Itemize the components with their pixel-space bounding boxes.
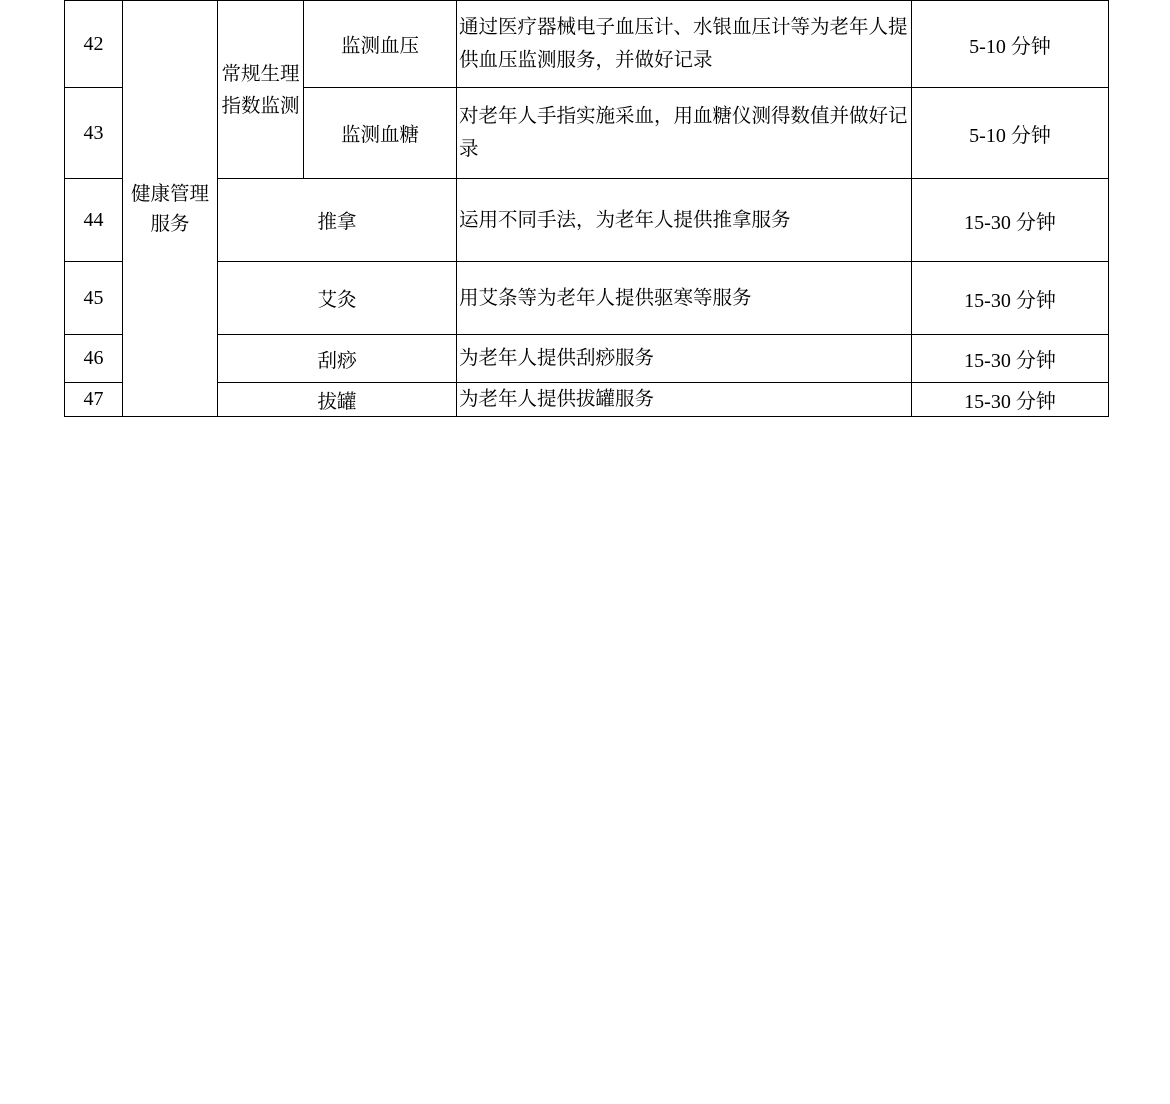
service-description: 用艾条等为老年人提供驱寒等服务 bbox=[457, 262, 912, 335]
service-name: 刮痧 bbox=[218, 335, 457, 383]
row-number: 47 bbox=[65, 383, 123, 417]
service-duration: 15-30 分钟 bbox=[912, 383, 1109, 417]
subcategory-cell: 常规生理指数监测 bbox=[218, 1, 304, 179]
document-page: 42 健康管理服务 常规生理指数监测 监测血压 通过医疗器械电子血压计、水银血压… bbox=[0, 0, 1170, 1104]
table-row-47: 47 拔罐 为老年人提供拔罐服务 15-30 分钟 bbox=[65, 383, 1109, 417]
table-row-46: 46 刮痧 为老年人提供刮痧服务 15-30 分钟 bbox=[65, 335, 1109, 383]
table-row-42: 42 健康管理服务 常规生理指数监测 监测血压 通过医疗器械电子血压计、水银血压… bbox=[65, 1, 1109, 88]
category-cell: 健康管理服务 bbox=[123, 1, 218, 417]
service-duration: 5-10 分钟 bbox=[912, 1, 1109, 88]
service-name: 艾灸 bbox=[218, 262, 457, 335]
service-description: 对老年人手指实施采血，用血糖仪测得数值并做好记录 bbox=[457, 88, 912, 179]
table-row-45: 45 艾灸 用艾条等为老年人提供驱寒等服务 15-30 分钟 bbox=[65, 262, 1109, 335]
row-number: 46 bbox=[65, 335, 123, 383]
table-row-44: 44 推拿 运用不同手法，为老年人提供推拿服务 15-30 分钟 bbox=[65, 179, 1109, 262]
row-number: 44 bbox=[65, 179, 123, 262]
service-table: 42 健康管理服务 常规生理指数监测 监测血压 通过医疗器械电子血压计、水银血压… bbox=[64, 0, 1109, 417]
service-description: 为老年人提供拔罐服务 bbox=[457, 383, 912, 417]
service-duration: 15-30 分钟 bbox=[912, 179, 1109, 262]
service-description: 为老年人提供刮痧服务 bbox=[457, 335, 912, 383]
service-name: 推拿 bbox=[218, 179, 457, 262]
service-duration: 15-30 分钟 bbox=[912, 262, 1109, 335]
service-name: 监测血糖 bbox=[304, 88, 457, 179]
service-name: 拔罐 bbox=[218, 383, 457, 417]
service-duration: 5-10 分钟 bbox=[912, 88, 1109, 179]
row-number: 42 bbox=[65, 1, 123, 88]
service-description: 运用不同手法，为老年人提供推拿服务 bbox=[457, 179, 912, 262]
service-duration: 15-30 分钟 bbox=[912, 335, 1109, 383]
service-name: 监测血压 bbox=[304, 1, 457, 88]
row-number: 43 bbox=[65, 88, 123, 179]
service-description: 通过医疗器械电子血压计、水银血压计等为老年人提供血压监测服务，并做好记录 bbox=[457, 1, 912, 88]
row-number: 45 bbox=[65, 262, 123, 335]
